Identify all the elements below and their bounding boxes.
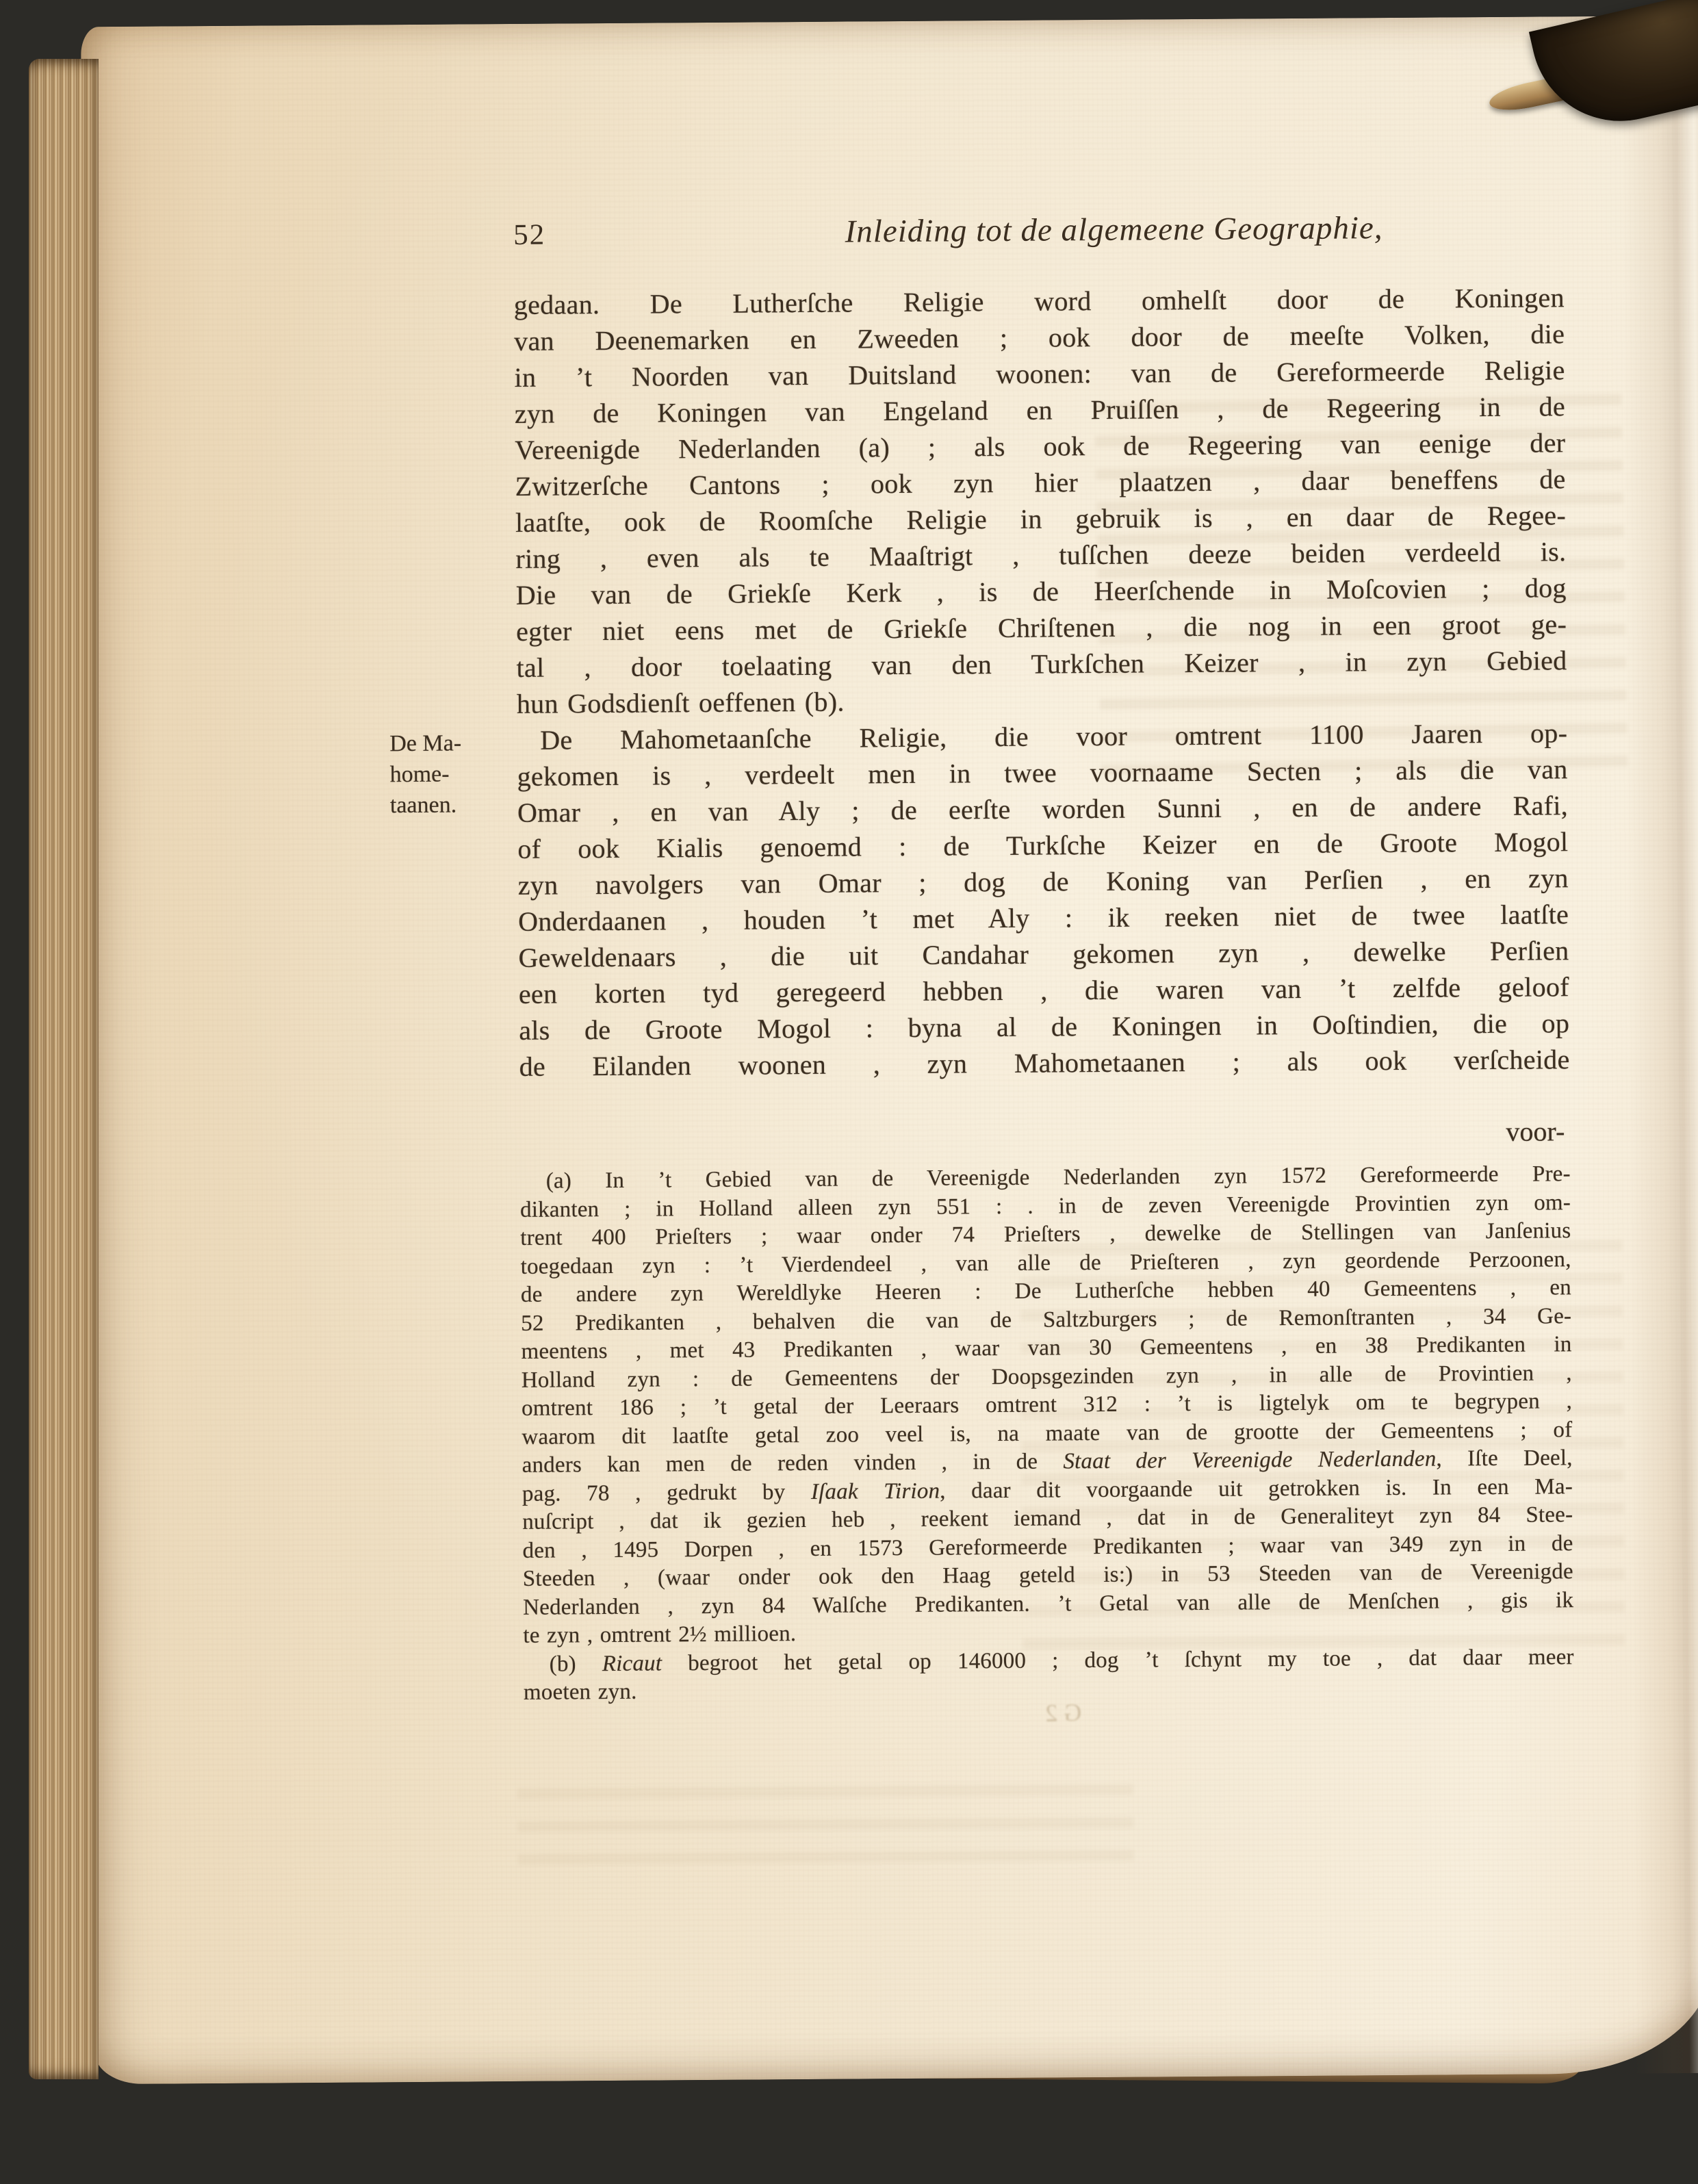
footnote-text: (b) — [550, 1652, 602, 1677]
margin-note-line: De Ma- — [389, 728, 523, 759]
page-number: 52 — [513, 218, 616, 252]
running-header: Inleiding tot de algemeene Geographie, — [616, 208, 1564, 252]
page-content: 52 Inleiding tot de algemeene Geographie… — [513, 208, 1574, 1707]
footnote-text: begroot het getal op 146000 ; dog ’t ſch… — [662, 1645, 1574, 1675]
body-paragraph-2: De Mahometaanſche Religie, die voor omtr… — [517, 715, 1570, 1085]
margin-note-line: taanen. — [390, 789, 524, 821]
footnote-text: , daar dit voorgaande uit getrokken is. … — [940, 1474, 1573, 1503]
page-header: 52 Inleiding tot de algemeene Geographie… — [513, 208, 1564, 266]
page-stack-edge — [29, 59, 99, 2079]
catchword-text: voor- — [1506, 1116, 1565, 1147]
catchword: voor- — [519, 1113, 1570, 1157]
show-through-smudge — [517, 1765, 1134, 1865]
author-name-italic: Ricaut — [602, 1651, 663, 1676]
text-line: de Eilanden woonen , zyn Mahometaanen ; … — [519, 1041, 1569, 1085]
book-photo: De Ma- home- taanen. 52 Inleiding tot de… — [0, 0, 1698, 2184]
footnote-text: pag. 78 , gedrukt by — [522, 1479, 811, 1506]
book-title-italic: Staat der Vereenigde Nederlanden — [1063, 1447, 1436, 1474]
margin-note-line: home- — [389, 758, 523, 790]
page-crease — [1621, 15, 1698, 2073]
signature-ghost: G 2 — [1045, 1698, 1082, 1727]
text-line: tal , door toelaating van den Turkſchen … — [516, 642, 1567, 686]
footnotes: (a) In ’t Gebied van de Vereenigde Neder… — [520, 1160, 1574, 1707]
margin-note: De Ma- home- taanen. — [389, 728, 524, 821]
body-paragraph-1: gedaan. De Lutherſche Religie word omhel… — [514, 279, 1567, 722]
printer-name-italic: Iſaak Tirion — [811, 1478, 940, 1504]
book-page: De Ma- home- taanen. 52 Inleiding tot de… — [81, 16, 1698, 2084]
footnote-text: anders kan men de reden vinden , in de — [522, 1449, 1064, 1478]
footnote-text: , Iſte Deel, — [1436, 1446, 1572, 1471]
